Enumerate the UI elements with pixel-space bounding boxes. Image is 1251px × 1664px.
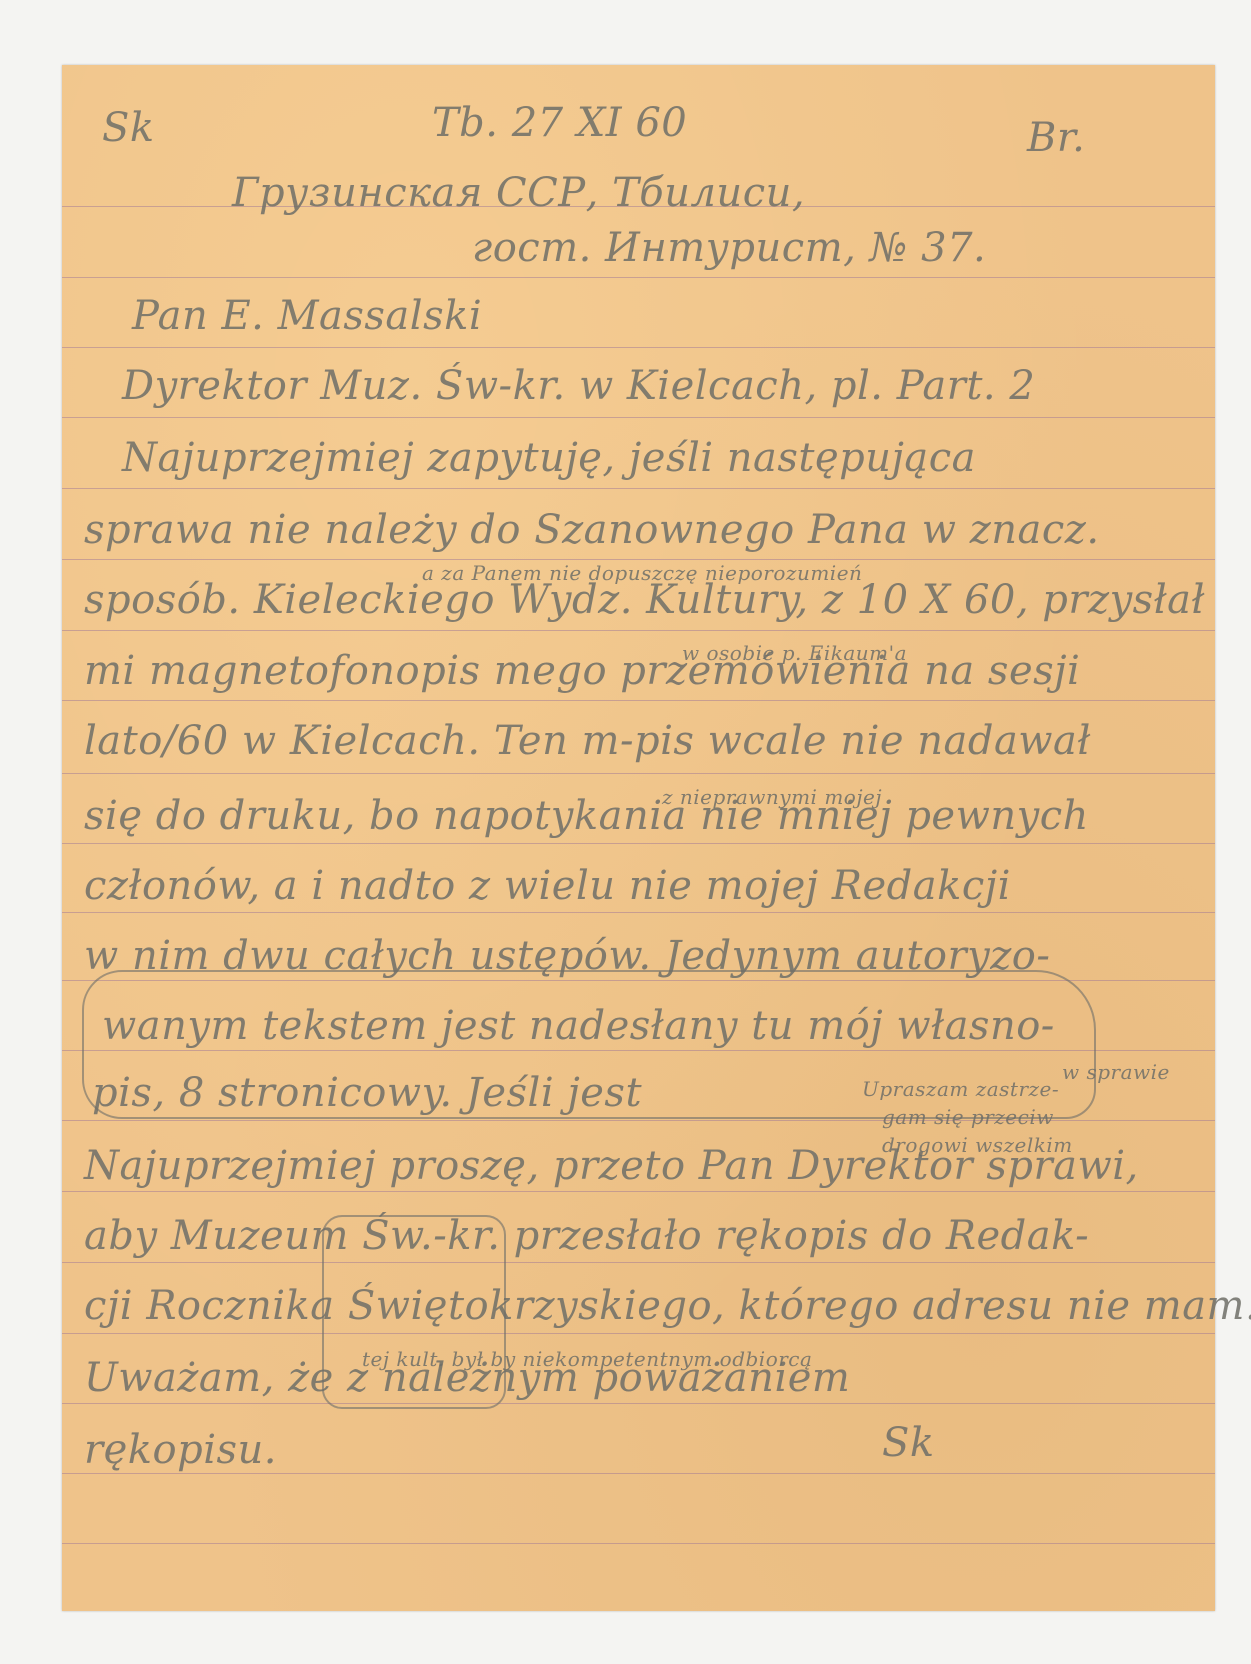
body-line: sposób. Kieleckiego Wydz. Kultury, z 10 …: [84, 577, 1205, 623]
ruled-line: [62, 1262, 1215, 1263]
ruled-line: [62, 1191, 1215, 1192]
ruled-line: [62, 1403, 1215, 1404]
body-line: Najuprzejmiej proszę, przeto Pan Dyrekto…: [84, 1143, 1139, 1189]
recipient-title: Dyrektor Muz. Św-kr. w Kielcach, pl. Par…: [122, 363, 1035, 409]
body-line: Najuprzejmiej zapytuję, jeśli następując…: [122, 435, 976, 481]
pencil-loop-marking: [82, 970, 1096, 1119]
ruled-line: [62, 1333, 1215, 1334]
pencil-bracket-marking: [322, 1215, 506, 1409]
recipient-name: Pan E. Massalski: [132, 293, 482, 339]
ruled-line: [62, 277, 1215, 278]
body-line: lato/60 w Kielcach. Ten m-pis wcale nie …: [84, 718, 1091, 764]
ruled-line: [62, 417, 1215, 418]
ruled-line: [62, 843, 1215, 844]
address-line-2: гост. Интурист, № 37.: [472, 225, 986, 271]
address-line-1: Грузинская ССР, Тбилиси,: [232, 170, 805, 216]
body-line: rękopisu.: [84, 1427, 277, 1473]
ruled-line: [62, 1473, 1215, 1474]
body-line: aby Muzeum Św.-kr. przesłało rękopis do …: [84, 1213, 1089, 1259]
ruled-line: [62, 630, 1215, 631]
ruled-line: [62, 773, 1215, 774]
body-line: członów, a i nadto z wielu nie mojej Red…: [84, 863, 1011, 909]
body-line: mi magnetofonopis mego przemówienia na s…: [84, 648, 1080, 694]
ruled-line: [62, 347, 1215, 348]
ruled-line: [62, 559, 1215, 560]
ruled-line: [62, 912, 1215, 913]
mark-right: Br.: [1027, 115, 1085, 161]
ruled-line: [62, 488, 1215, 489]
body-line: sprawa nie należy do Szanownego Pana w z…: [84, 507, 1100, 553]
initials-left: Sk: [102, 105, 155, 151]
date: Tb. 27 XI 60: [432, 100, 687, 146]
body-line: cji Rocznika Świętokrzyskiego, którego a…: [84, 1283, 1251, 1329]
letter-page: Sk Tb. 27 XI 60 Br. Грузинская ССР, Тбил…: [62, 65, 1215, 1611]
ruled-line: [62, 1543, 1215, 1544]
ruled-line: [62, 700, 1215, 701]
body-line: się do druku, bo napotykania nie mniej p…: [84, 793, 1089, 839]
signature: Sk: [882, 1420, 935, 1466]
